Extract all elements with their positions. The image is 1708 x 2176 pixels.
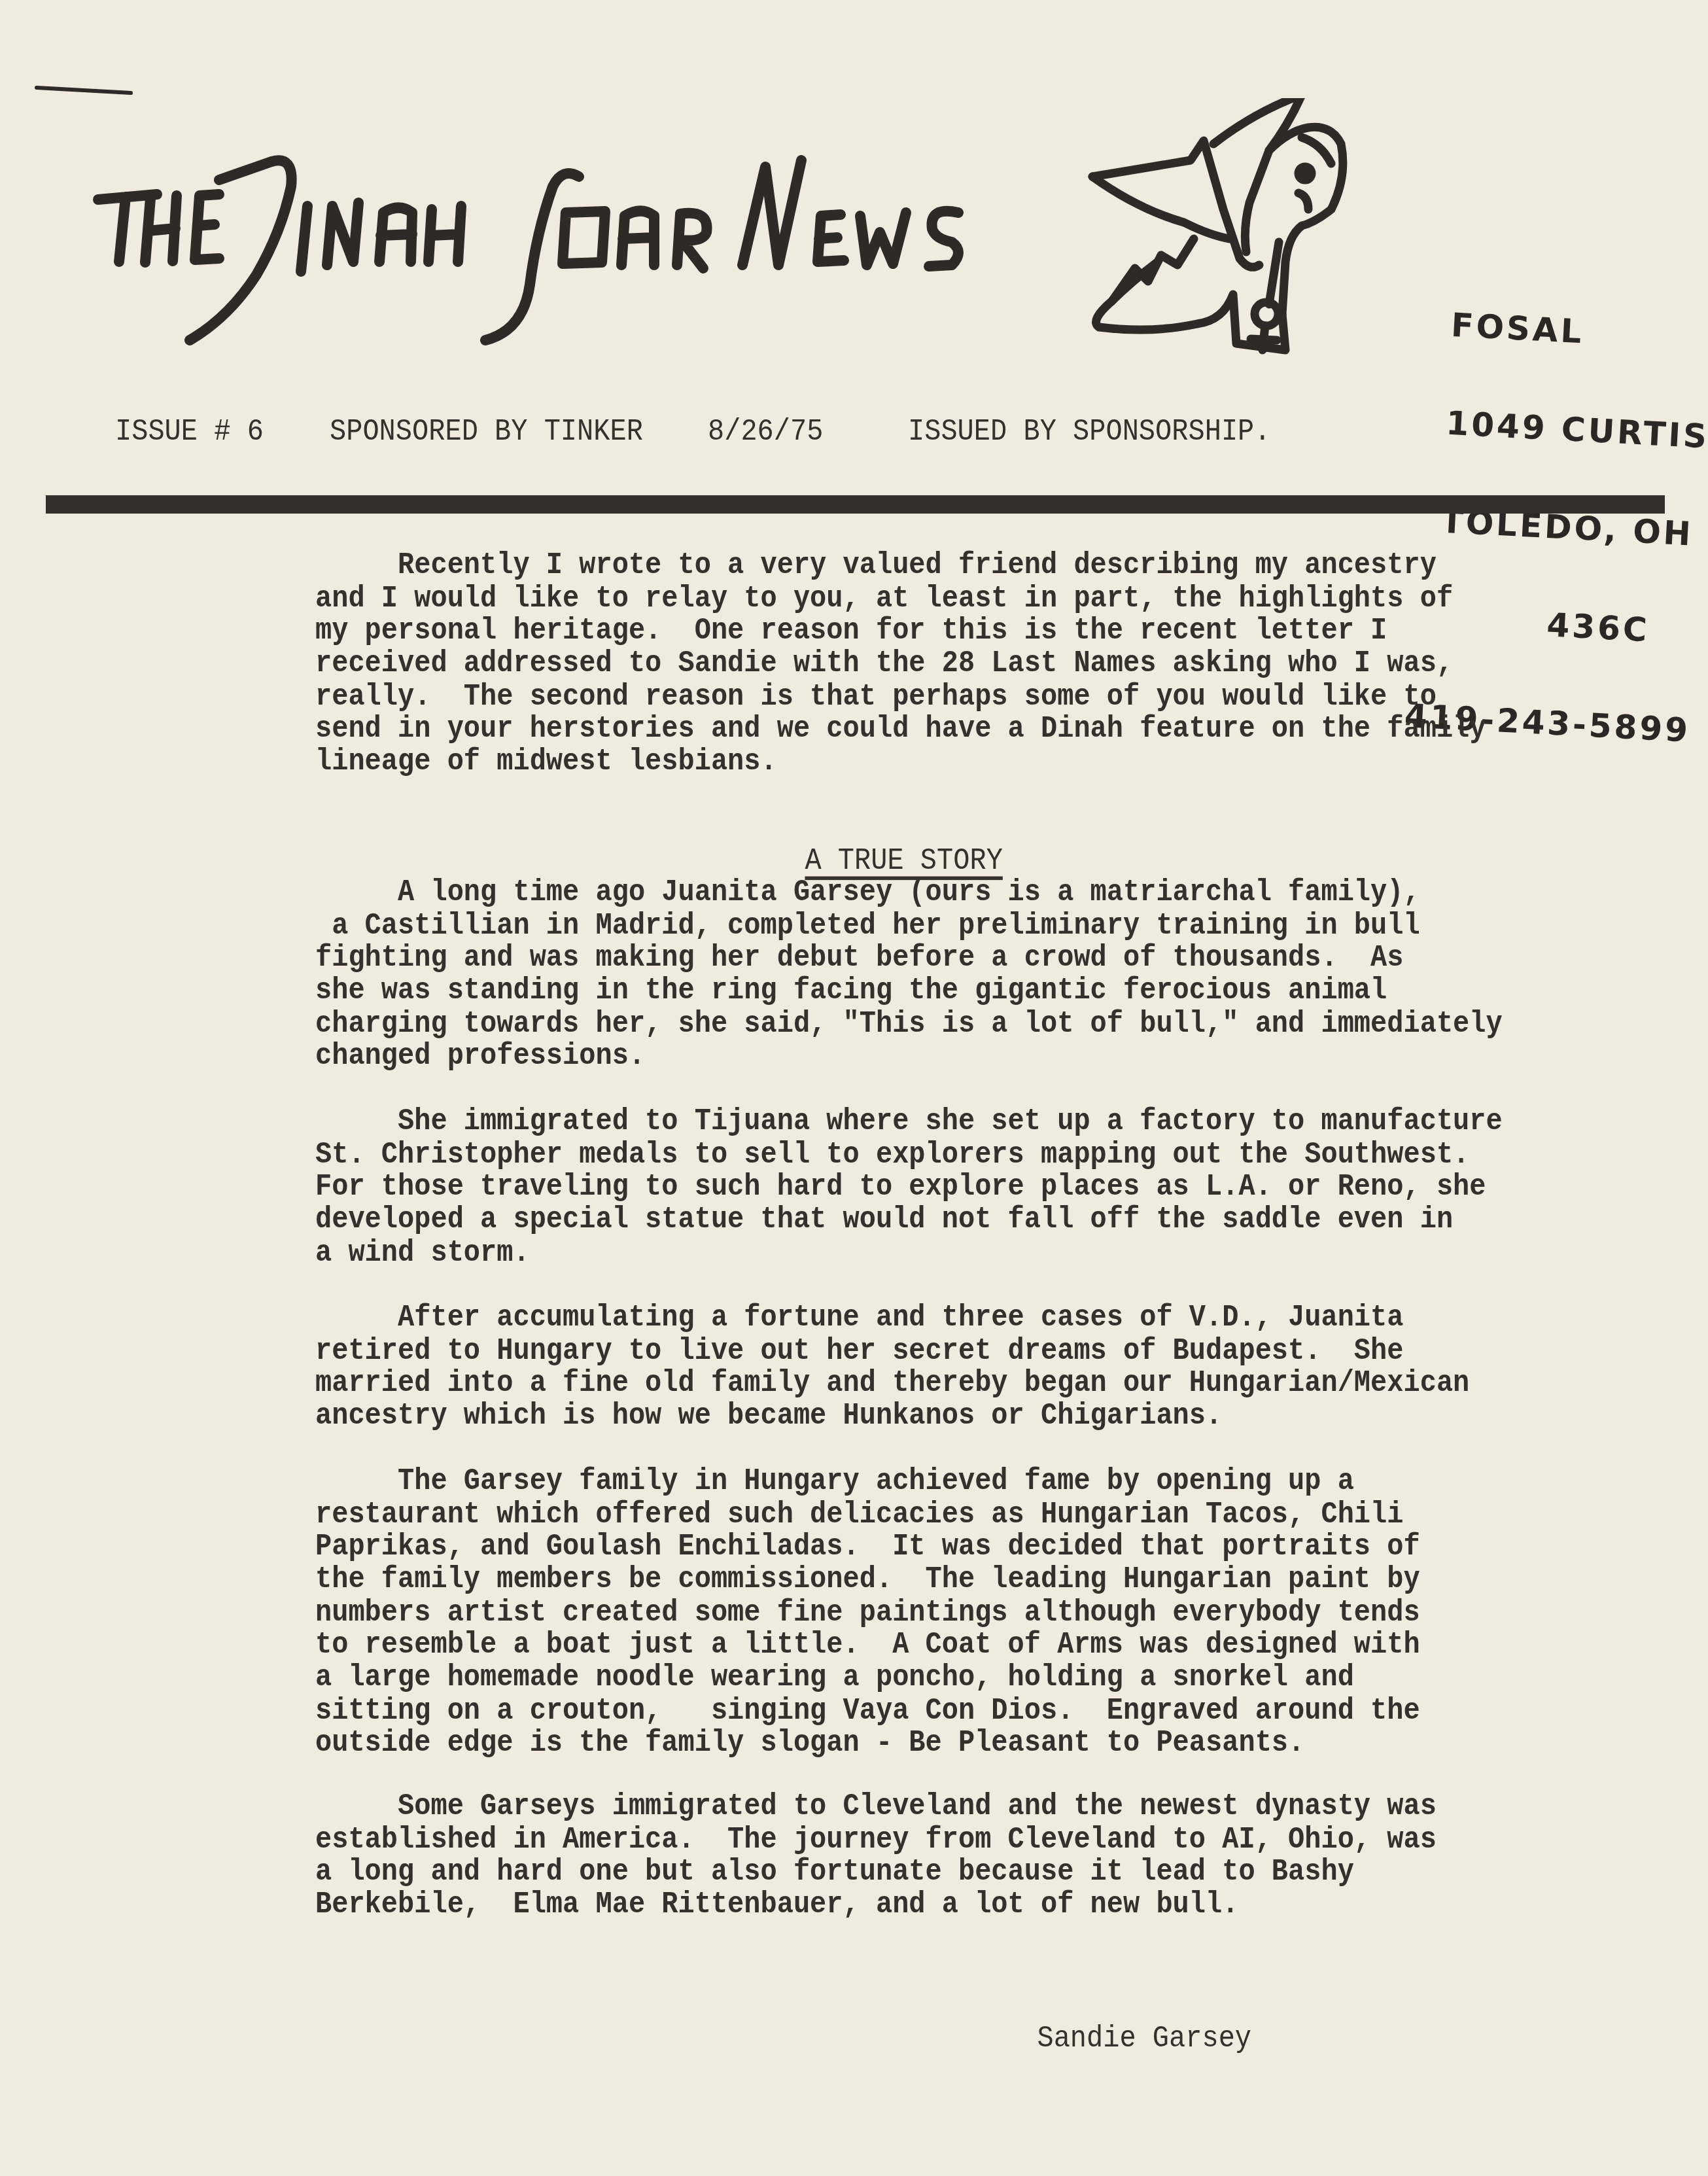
text-line: the family members be commissioned. The … bbox=[315, 1561, 1420, 1598]
text-line: a Castillian in Madrid, completed her pr… bbox=[315, 907, 1420, 943]
text-line: Berkebile, Elma Mae Rittenbauer, and a l… bbox=[315, 1886, 1238, 1923]
text-line: lineage of midwest lesbians. bbox=[315, 743, 777, 780]
text-line: send in your herstories and we could hav… bbox=[315, 711, 1486, 747]
issue-number: ISSUE # 6 bbox=[115, 413, 264, 450]
text-line: ancestry which is how we became Hunkanos… bbox=[315, 1397, 1222, 1434]
text-line: changed professions. bbox=[315, 1038, 645, 1074]
text-line: retired to Hungary to live out her secre… bbox=[315, 1332, 1403, 1369]
story-heading: A TRUE STORY bbox=[772, 806, 1003, 879]
text-line: Some Garseys immigrated to Cleveland and… bbox=[315, 1788, 1437, 1825]
text-line: restaurant which offered such delicacies… bbox=[315, 1496, 1403, 1532]
text-line: to resemble a boat just a little. A Coat… bbox=[315, 1626, 1420, 1663]
text-line: and I would like to relay to you, at lea… bbox=[315, 580, 1453, 616]
text-line: developed a special statue that would no… bbox=[315, 1201, 1453, 1238]
text-line: a wind storm. bbox=[315, 1234, 530, 1271]
stray-pen-mark bbox=[34, 85, 133, 96]
text-line: my personal heritage. One reason for thi… bbox=[315, 612, 1387, 649]
text-line: charging towards her, she said, "This is… bbox=[315, 1005, 1503, 1042]
text-line: The Garsey family in Hungary achieved fa… bbox=[315, 1463, 1354, 1500]
text-line: a long and hard one but also fortunate b… bbox=[315, 1853, 1354, 1890]
text-line: St. Christopher medals to sell to explor… bbox=[315, 1136, 1469, 1172]
text-line: For those traveling to such hard to expl… bbox=[315, 1168, 1486, 1205]
text-line: received addressed to Sandie with the 28… bbox=[315, 645, 1453, 682]
address-street: 1049 CURTIS bbox=[1445, 407, 1708, 453]
text-line: fighting and was making her debut before… bbox=[315, 939, 1403, 976]
text-line: sitting on a crouton, singing Vaya Con D… bbox=[315, 1692, 1420, 1729]
masthead-title: THE DINAH SOAR NEWS bbox=[85, 141, 1020, 350]
address-zip: 436C bbox=[1435, 603, 1700, 649]
text-line: established in America. The journey from… bbox=[315, 1821, 1437, 1857]
text-line: After accumulating a fortune and three c… bbox=[315, 1299, 1403, 1336]
text-line: A long time ago Juanita Garsey (ours is … bbox=[315, 874, 1420, 911]
signature: Sandie Garsey bbox=[1004, 1984, 1251, 2057]
text-line: married into a fine old family and there… bbox=[315, 1365, 1469, 1401]
story-heading-text: A TRUE STORY bbox=[805, 843, 1002, 879]
issue-date: 8/26/75 bbox=[708, 413, 823, 450]
sponsor-line: SPONSORED BY TINKER bbox=[330, 413, 643, 450]
text-line: She immigrated to Tijuana where she set … bbox=[315, 1103, 1503, 1140]
text-line: Recently I wrote to a very valued friend… bbox=[315, 547, 1437, 584]
text-line: numbers artist created some fine paintin… bbox=[315, 1594, 1420, 1630]
text-line: really. The second reason is that perhap… bbox=[315, 678, 1437, 714]
text-line: she was standing in the ring facing the … bbox=[315, 972, 1387, 1009]
text-line: Paprikas, and Goulash Enchiladas. It was… bbox=[315, 1528, 1420, 1565]
address-org: FOSAL bbox=[1450, 309, 1708, 355]
text-line: outside edge is the family slogan - Be P… bbox=[315, 1725, 1304, 1761]
signature-text: Sandie Garsey bbox=[1037, 2021, 1251, 2056]
text-line: a large homemade noodle wearing a poncho… bbox=[315, 1659, 1354, 1696]
masthead-divider bbox=[46, 495, 1665, 514]
issued-by-line: ISSUED BY SPONSORSHIP. bbox=[908, 413, 1271, 450]
